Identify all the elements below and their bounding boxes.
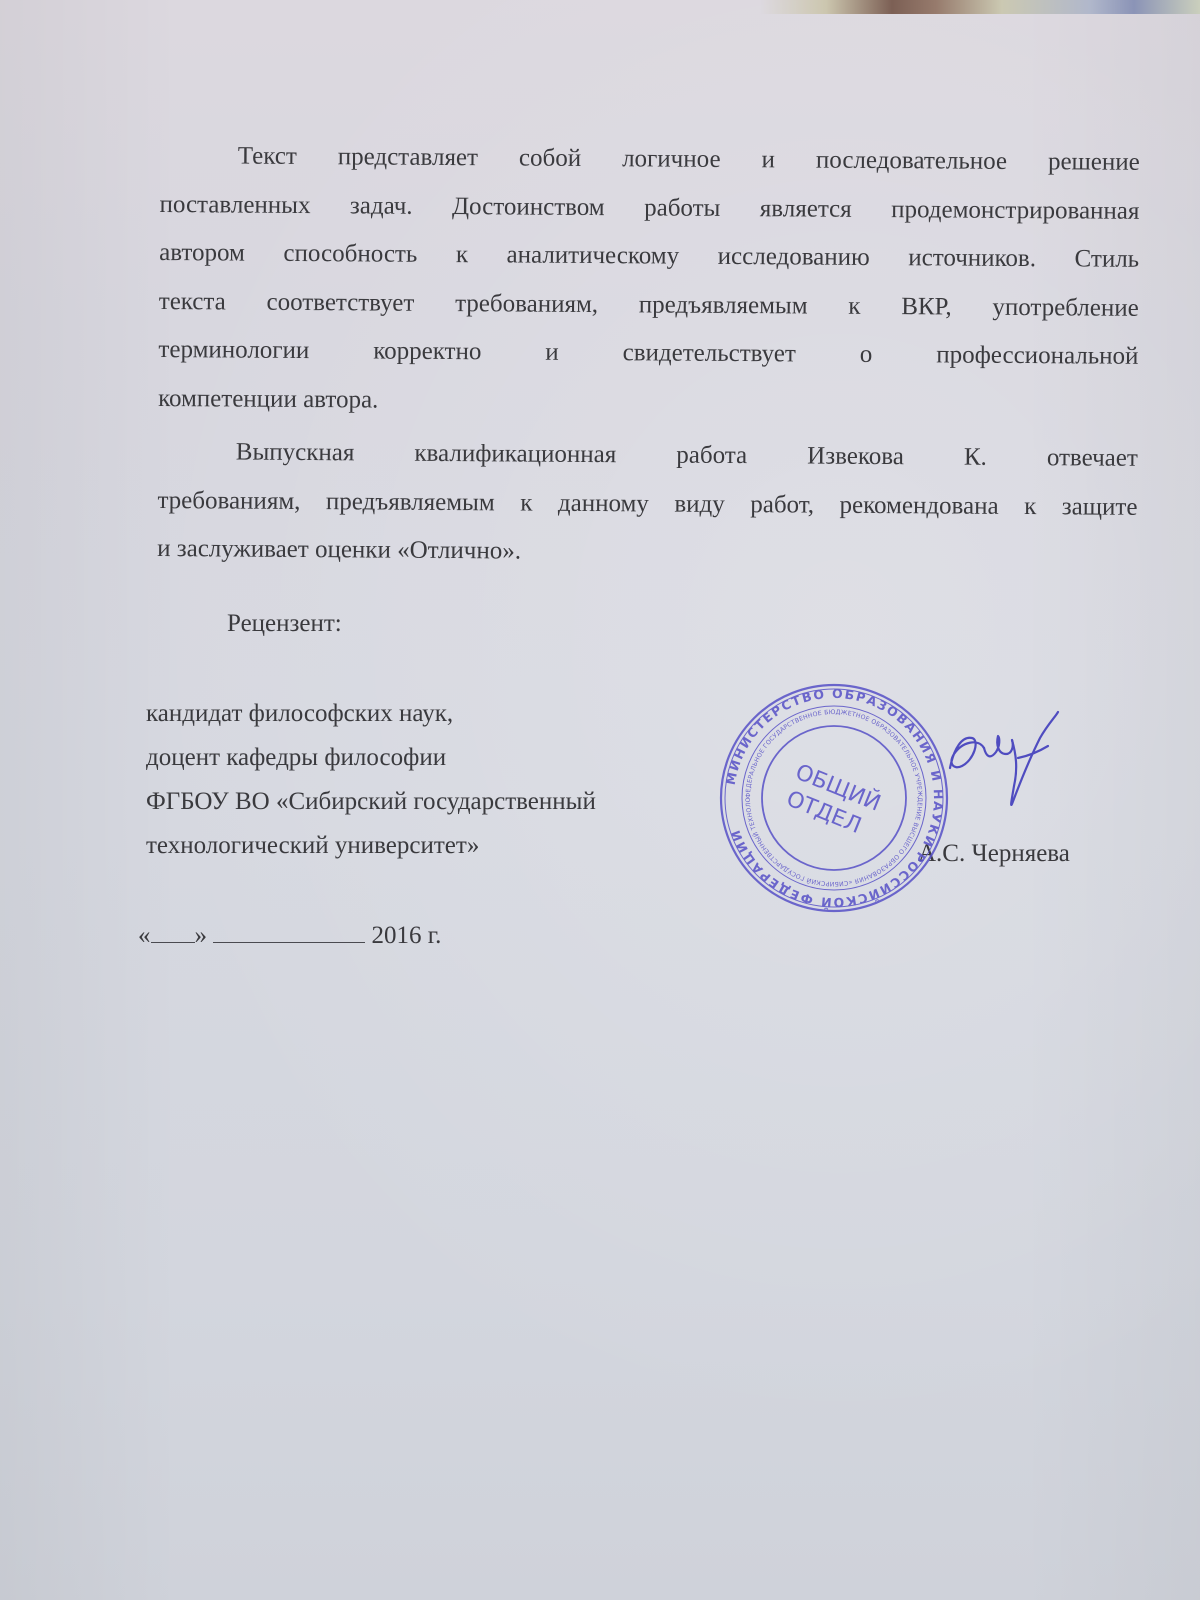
text-line: компетенции автора.	[158, 374, 1138, 429]
reviewer-credentials: кандидат философских наук, доцент кафедр…	[146, 692, 596, 868]
text-line: терминологии корректно и свидетельствует…	[158, 326, 1138, 381]
date-line: «» 2016 г.	[138, 920, 441, 950]
paragraph-conclusion: Выпускная квалификационная работа Извеко…	[157, 428, 1138, 580]
text-line: поставленных задач. Достоинством работы …	[159, 180, 1139, 235]
text-line: требованиям, предъявляемым к данному вид…	[157, 476, 1137, 531]
reviewer-degree: кандидат философских наук,	[146, 692, 596, 736]
text-line: текста соответствует требованиям, предъя…	[159, 277, 1139, 332]
reviewer-label: Рецензент:	[227, 610, 342, 638]
reviewer-position: доцент кафедры философии	[146, 736, 596, 780]
day-blank	[151, 920, 195, 943]
date-close-quote: »	[195, 922, 208, 949]
text-line: и заслуживает оценки «Отлично».	[157, 525, 1137, 580]
text-line: автором способность к аналитическому исс…	[159, 229, 1139, 284]
official-stamp-icon: МИНИСТЕРСТВО ОБРАЗОВАНИЯ И НАУКИ РОССИЙС…	[718, 682, 950, 914]
reviewer-institution: ФГБОУ ВО «Сибирский государственный	[146, 780, 596, 824]
paragraph-assessment: Текст представляет собой логичное и посл…	[158, 132, 1140, 430]
date-year: 2016 г.	[372, 922, 442, 949]
reviewer-institution-cont: технологический университет»	[146, 824, 596, 868]
month-blank	[213, 920, 365, 943]
photo-edge-background	[760, 0, 1200, 14]
text-line: Выпускная квалификационная работа Извеко…	[158, 428, 1138, 483]
signature-icon	[940, 708, 1070, 818]
text-line: Текст представляет собой логичное и посл…	[160, 132, 1140, 187]
date-open-quote: «	[138, 922, 151, 949]
